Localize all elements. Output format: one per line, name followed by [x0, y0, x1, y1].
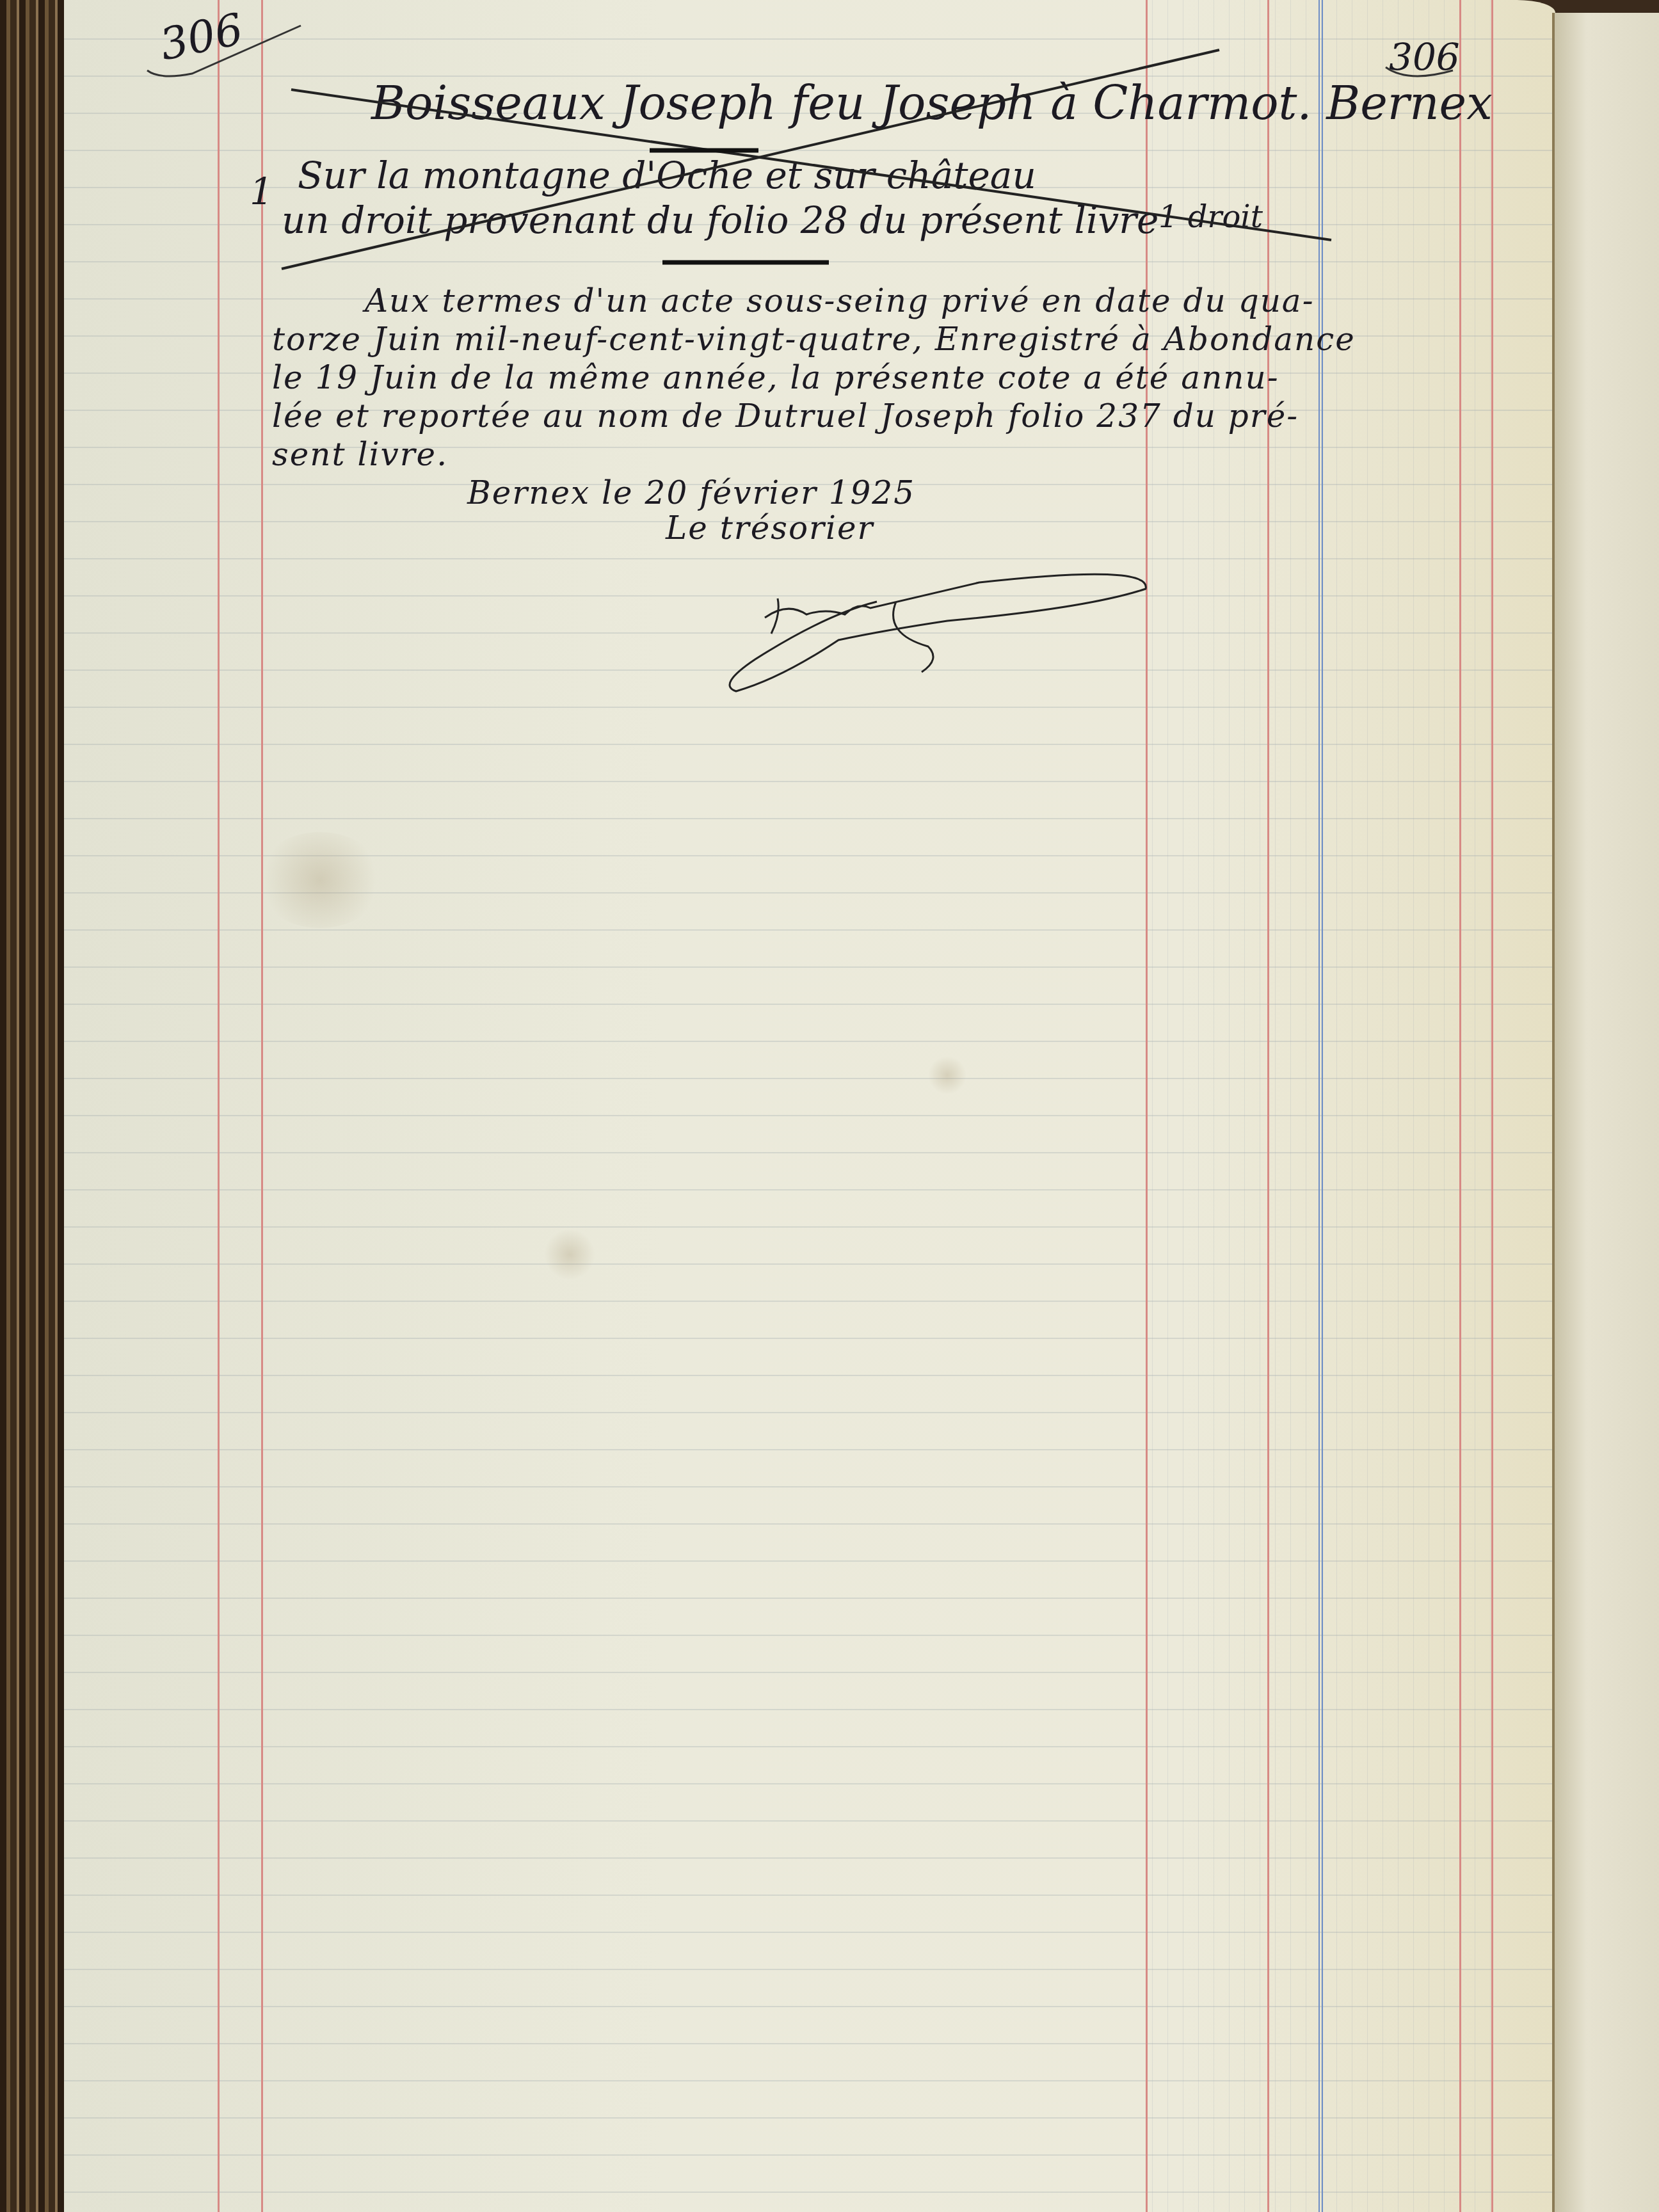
horizontal-rule — [64, 744, 1555, 745]
horizontal-rule — [64, 1338, 1555, 1339]
horizontal-rule — [64, 632, 1555, 634]
horizontal-rule — [64, 1969, 1555, 1970]
vertical-grid-rule — [1413, 0, 1414, 2212]
adjacent-page-edge — [1552, 13, 1659, 2212]
horizontal-rule — [64, 707, 1555, 708]
book-spine-edge — [0, 0, 70, 2212]
horizontal-rule — [64, 1560, 1555, 1562]
horizontal-rule — [64, 966, 1555, 968]
horizontal-rule — [64, 1820, 1555, 1822]
horizontal-rule — [64, 1041, 1555, 1042]
body-line: Aux termes d'un acte sous-seing privé en… — [365, 285, 1315, 317]
body-line: sent livre. — [272, 438, 448, 470]
horizontal-rule — [64, 781, 1555, 782]
horizontal-rule — [64, 1709, 1555, 1710]
horizontal-rule — [64, 1672, 1555, 1673]
horizontal-rule — [64, 669, 1555, 671]
paper-stain — [928, 1056, 966, 1094]
entry-quantity: 1 droit — [1158, 202, 1263, 232]
horizontal-rule — [64, 2154, 1555, 2156]
horizontal-rule — [64, 1857, 1555, 1859]
horizontal-rule — [64, 1449, 1555, 1450]
horizontal-rule — [64, 1932, 1555, 1933]
paper-stain — [544, 1229, 595, 1280]
vertical-grid-rule — [1444, 0, 1445, 2212]
horizontal-rule — [64, 1226, 1555, 1228]
entry-number: 1 — [250, 173, 273, 210]
folio-number-right: 306 — [1389, 38, 1460, 76]
body-line: lée et reportée au nom de Dutruel Joseph… — [272, 400, 1299, 432]
horizontal-rule — [64, 38, 1555, 40]
horizontal-rule — [64, 1598, 1555, 1599]
body-line: le 19 Juin de la même année, la présente… — [272, 362, 1279, 394]
horizontal-rule — [64, 1078, 1555, 1079]
entry-owner-title: Boisseaux Joseph feu Joseph à Charmot. B… — [371, 80, 1493, 126]
horizontal-rule — [64, 1412, 1555, 1413]
horizontal-rule — [64, 150, 1555, 151]
horizontal-rule — [64, 2192, 1555, 2193]
entry-line-1: Sur la montagne d'Oche et sur château — [298, 157, 1036, 194]
horizontal-rule — [64, 2043, 1555, 2044]
horizontal-rule — [64, 1115, 1555, 1116]
horizontal-rule — [64, 1635, 1555, 1636]
vertical-grid-rule — [1398, 0, 1399, 2212]
margin-rule-red — [261, 0, 263, 2212]
horizontal-rule — [64, 2117, 1555, 2119]
horizontal-rule — [64, 1523, 1555, 1525]
vertical-grid-rule — [1367, 0, 1368, 2212]
horizontal-rule — [64, 1189, 1555, 1190]
vertical-grid-rule — [1382, 0, 1383, 2212]
vertical-grid-rule — [1429, 0, 1429, 2212]
margin-rule-red — [218, 0, 220, 2212]
vertical-grid-rule — [1490, 0, 1491, 2212]
horizontal-rule — [64, 1152, 1555, 1153]
horizontal-rule — [64, 1263, 1555, 1265]
horizontal-rule — [64, 1375, 1555, 1376]
place-date: Bernex le 20 février 1925 — [467, 477, 915, 509]
paper-stain — [256, 832, 384, 928]
vertical-grid-rule — [1475, 0, 1475, 2212]
horizontal-rule — [64, 929, 1555, 931]
entry-line-2: un droit provenant du folio 28 du présen… — [282, 202, 1158, 239]
signatory-role: Le trésorier — [666, 512, 874, 544]
horizontal-rule — [64, 1004, 1555, 1005]
body-line: torze Juin mil-neuf-cent-vingt-quatre, E… — [272, 323, 1356, 355]
horizontal-rule — [64, 261, 1555, 262]
column-rule-red — [1491, 0, 1493, 2212]
horizontal-rule — [64, 1783, 1555, 1784]
horizontal-rule — [64, 1746, 1555, 1747]
column-rule-red — [1459, 0, 1461, 2212]
horizontal-rule — [64, 2006, 1555, 2007]
horizontal-rule — [64, 1486, 1555, 1487]
horizontal-rule — [64, 558, 1555, 559]
horizontal-rule — [64, 1895, 1555, 1896]
horizontal-rule — [64, 595, 1555, 597]
horizontal-rule — [64, 2080, 1555, 2081]
horizontal-rule — [64, 818, 1555, 819]
horizontal-rule — [64, 1301, 1555, 1302]
